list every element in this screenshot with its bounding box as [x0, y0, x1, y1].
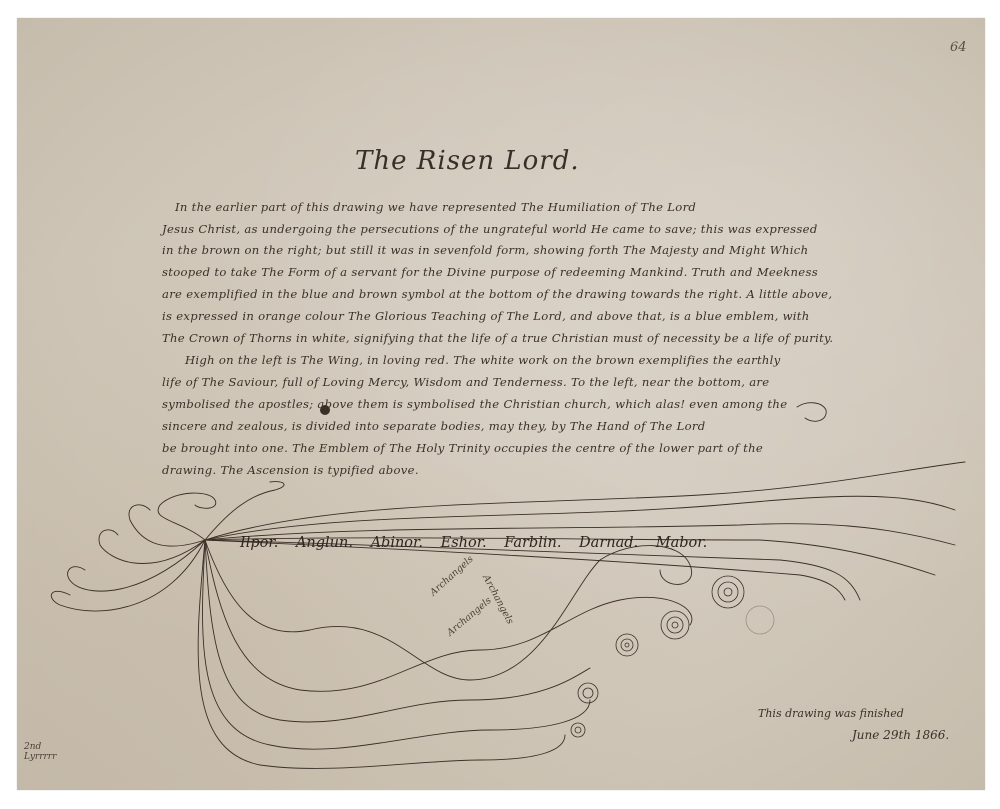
body-line-9: life of The Saviour, full of Loving Merc… — [162, 375, 769, 389]
body-line-1: In the earlier part of this drawing we h… — [175, 200, 696, 214]
body-line-5: are exemplified in the blue and brown sy… — [162, 287, 832, 301]
page-number: 64 — [950, 40, 967, 55]
body-line-13: drawing. The Ascension is typified above… — [162, 463, 419, 477]
name-label: Eshor. — [441, 535, 487, 551]
name-label: Anglun. — [296, 535, 353, 551]
corner-note: 2nd Lyrrrrr — [24, 742, 56, 762]
body-line-2: Jesus Christ, as undergoing the persecut… — [162, 222, 818, 236]
apostle-names: Ilpor. Anglun. Abinor. Eshor. Farblin. D… — [240, 535, 720, 551]
name-label: Mabor. — [656, 535, 707, 551]
name-label: Ilpor. — [240, 535, 278, 551]
body-line-8: High on the left is The Wing, in loving … — [185, 353, 781, 367]
name-label: Darnad. — [579, 535, 638, 551]
body-line-4: stooped to take The Form of a servant fo… — [162, 265, 818, 279]
body-line-3: in the brown on the right; but still it … — [162, 243, 808, 257]
page-title: The Risen Lord. — [355, 146, 580, 176]
name-label: Farblin. — [504, 535, 561, 551]
body-line-11: sincere and zealous, is divided into sep… — [162, 419, 706, 433]
body-line-7: The Crown of Thorns in white, signifying… — [162, 331, 833, 345]
signature-date: June 29th 1866. — [852, 728, 949, 742]
name-label: Abinor. — [371, 535, 423, 551]
signature-line-1: This drawing was finished — [758, 707, 904, 720]
body-line-6: is expressed in orange colour The Glorio… — [162, 309, 810, 323]
body-line-12: be brought into one. The Emblem of The H… — [162, 441, 763, 455]
body-line-10: symbolised the apostles; above them is s… — [162, 397, 787, 411]
